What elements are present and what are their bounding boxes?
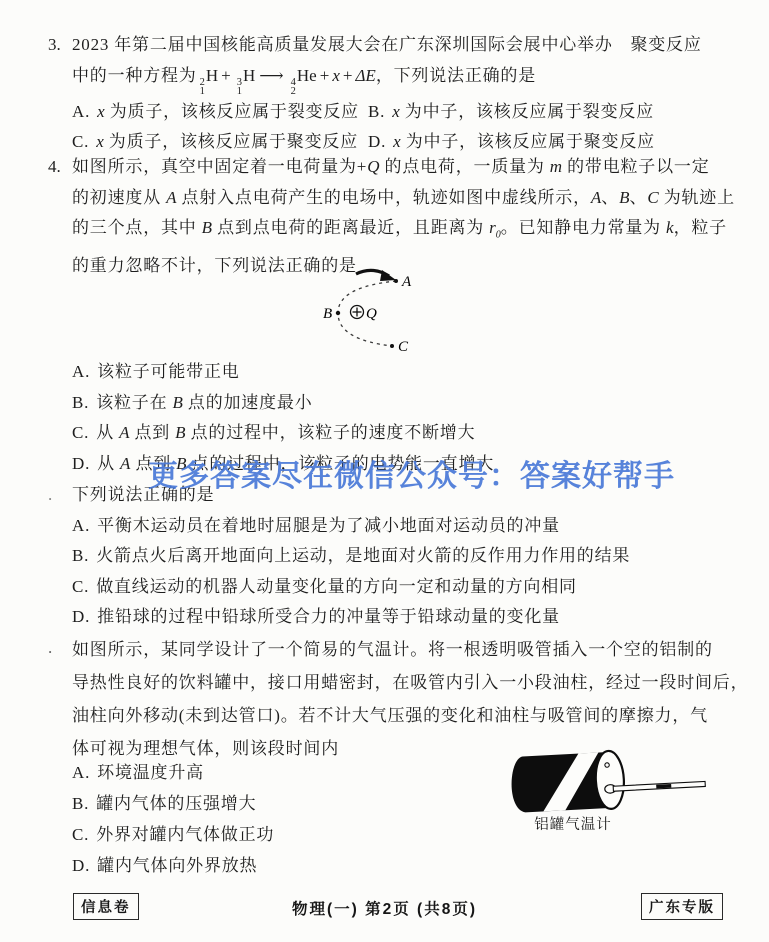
equation-prefix: 中的一种方程为	[72, 66, 197, 85]
point-c-label: C	[398, 339, 409, 355]
q5-option-b: B.火箭点火后离开地面向上运动，是地面对火箭的反作用力作用的结果	[48, 541, 743, 572]
nuclide-helium: 42He	[288, 66, 317, 85]
answers-watermark: 更多答案尽在微信公众号：答案好帮手	[148, 451, 675, 495]
trajectory-svg: A B C Q	[300, 260, 490, 368]
q3-options-row-1: A.x 为质子，该核反应属于裂变反应 B.x 为中子，该核反应属于裂变反应	[48, 97, 743, 128]
question-3-stem-line-1: 2023 年第二届中国核能高质量发展大会在广东深圳国际会展中心举办 聚变反应	[48, 30, 743, 61]
plus-sign: +	[320, 66, 330, 85]
q6-stem-line-2: 导热性良好的饮料罐中，接口用蜡密封，在吸管内引入一小段油柱，经过一段时间后，	[48, 666, 743, 699]
equation-suffix: ，下列说法正确的是	[376, 66, 536, 85]
q4-option-a: A.该粒子可能带正电	[48, 357, 743, 388]
point-a-label: A	[401, 274, 412, 290]
q5-option-d: D.推铅球的过程中铅球所受合力的冲量等于铅球动量的变化量	[48, 602, 743, 633]
q4-stem-line-3: 的三个点，其中 B 点到点电荷的距离最近，且距离为 r0。已知静电力常量为 k，…	[48, 213, 743, 251]
exam-page-scan: 3. 2023 年第二届中国核能高质量发展大会在广东深圳国际会展中心举办 聚变反…	[0, 0, 769, 942]
point-b-dot	[336, 311, 340, 315]
unknown-particle-x: x	[332, 66, 340, 85]
q6-figure-caption: 铝罐气温计	[508, 813, 638, 834]
q3-option-b: B.x 为中子，该核反应属于裂变反应	[368, 97, 654, 128]
question-3-stem-line-2: 中的一种方程为21H+31H⟶42He+x+ΔE，下列说法正确的是	[48, 61, 743, 97]
velocity-arrow-head	[380, 270, 396, 281]
q6-stem-line-3: 油柱向外移动(未到达管口)。若不计大气压强的变化和油柱与吸管间的摩擦力，气	[48, 699, 743, 732]
q4-option-b: B.该粒子在 B 点的加速度最小	[48, 388, 743, 419]
q4-option-c: C.从 A 点到 B 点的过程中，该粒子的速度不断增大	[48, 418, 743, 449]
footer-right-badge: 广东专版	[641, 893, 723, 920]
q6-stem-line-1: 如图所示，某同学设计了一个简易的气温计。将一根透明吸管插入一个空的铝制的	[48, 633, 743, 666]
delta-e: ΔE	[355, 66, 375, 85]
question-3: 3. 2023 年第二届中国核能高质量发展大会在广东深圳国际会展中心举办 聚变反…	[48, 30, 743, 158]
q5-option-c: C.做直线运动的机器人动量变化量的方向一定和动量的方向相同	[48, 572, 743, 603]
q4-stem-line-2: 的初速度从 A 点射入点电荷产生的电场中，轨迹如图中虚线所示，A、B、C 为轨迹…	[48, 183, 743, 214]
q5-option-a: A.平衡木运动员在着地时屈腿是为了减小地面对运动员的冲量	[48, 511, 743, 542]
plus-sign: +	[343, 66, 353, 85]
reaction-arrow: ⟶	[259, 66, 283, 85]
q4-stem-line-1: 如图所示，真空中固定着一电荷量为+Q 的点电荷，一质量为 m 的带电粒子以一定	[48, 152, 743, 183]
charge-q-label: Q	[366, 306, 377, 322]
nuclide-deuterium: 21H	[197, 66, 219, 85]
q3-option-a: A.x 为质子，该核反应属于裂变反应	[72, 97, 368, 128]
point-c-dot	[390, 344, 394, 348]
nuclide-tritium: 31H	[234, 66, 256, 85]
plus-sign: +	[221, 66, 231, 85]
point-a-dot	[394, 279, 398, 283]
point-b-label: B	[323, 306, 332, 322]
page-footer: 信息卷 物理(一) 第2页 (共8页) 广东专版	[0, 891, 769, 925]
q6-option-d: D.罐内气体向外界放热	[48, 850, 743, 881]
question-5: . 下列说法正确的是 A.平衡木运动员在着地时屈腿是为了减小地面对运动员的冲量 …	[48, 480, 743, 633]
plus-charge-symbol	[351, 306, 364, 319]
q4-trajectory-figure: A B C Q	[300, 260, 490, 368]
